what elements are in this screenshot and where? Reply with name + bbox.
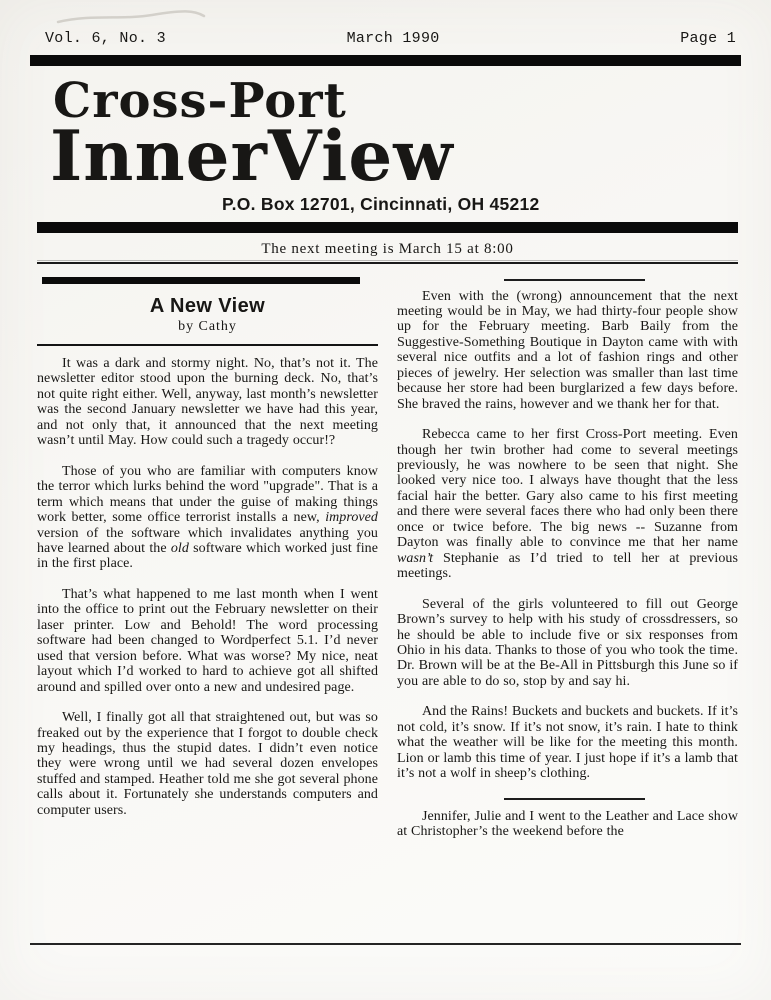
right-column-top-rule xyxy=(504,279,645,281)
newsletter-page-scan: Vol. 6, No. 3 March 1990 Page 1 Cross-Po… xyxy=(0,0,771,1000)
left-column: A New View by Cathy It was a dark and st… xyxy=(37,277,378,840)
right-paragraph-1: Even with the (wrong) announcement that … xyxy=(397,289,738,413)
left-paragraph-2: Those of you who are familiar with compu… xyxy=(37,464,378,572)
right-column-text-continued: Jennifer, Julie and I went to the Leathe… xyxy=(397,809,738,840)
paragraph-segment: Rebecca came to her first Cross-Port mee… xyxy=(397,427,738,550)
issue-date-label: March 1990 xyxy=(347,30,440,47)
italic-word: improved xyxy=(325,510,378,525)
article-title: A New View xyxy=(37,295,378,318)
paragraph-segment: Stephanie as I’d tried to tell her at pr… xyxy=(397,551,738,581)
right-paragraph-3: Several of the girls volunteered to fill… xyxy=(397,597,738,690)
footer-rule xyxy=(30,943,741,945)
italic-word: wasn’t xyxy=(397,551,433,566)
left-column-text: It was a dark and stormy night. No, that… xyxy=(37,356,378,818)
banner-rule xyxy=(37,260,738,264)
right-paragraph-2: Rebecca came to her first Cross-Port mee… xyxy=(397,427,738,582)
page-number-label: Page 1 xyxy=(680,30,736,47)
masthead-rule-bar xyxy=(37,222,738,233)
header-meta-row: Vol. 6, No. 3 March 1990 Page 1 xyxy=(37,30,738,49)
section-divider-rule xyxy=(504,798,645,800)
article-title-rule xyxy=(37,344,378,347)
left-paragraph-1: It was a dark and stormy night. No, that… xyxy=(37,356,378,449)
masthead-title-line2: InnerView xyxy=(50,122,738,191)
right-paragraph-5: Jennifer, Julie and I went to the Leathe… xyxy=(397,809,738,840)
meeting-banner: The next meeting is March 15 at 8:00 xyxy=(37,241,738,258)
article-byline: by Cathy xyxy=(37,319,378,335)
right-column: Even with the (wrong) announcement that … xyxy=(397,277,738,840)
header-rule-bar xyxy=(30,55,741,66)
two-column-body: A New View by Cathy It was a dark and st… xyxy=(37,277,738,840)
left-paragraph-4: Well, I finally got all that straightene… xyxy=(37,710,378,818)
right-column-text: Even with the (wrong) announcement that … xyxy=(397,289,738,782)
masthead: Cross-Port InnerView P.O. Box 12701, Cin… xyxy=(37,77,738,214)
italic-word: old xyxy=(171,541,189,556)
masthead-address: P.O. Box 12701, Cincinnati, OH 45212 xyxy=(222,196,738,214)
scan-artifact-squiggle xyxy=(52,6,212,28)
left-paragraph-3: That’s what happened to me last month wh… xyxy=(37,587,378,695)
right-paragraph-4: And the Rains! Buckets and buckets and b… xyxy=(397,704,738,781)
volume-issue-label: Vol. 6, No. 3 xyxy=(45,30,166,47)
section-header-bar xyxy=(42,277,360,284)
page-content: Vol. 6, No. 3 March 1990 Page 1 Cross-Po… xyxy=(0,30,771,840)
